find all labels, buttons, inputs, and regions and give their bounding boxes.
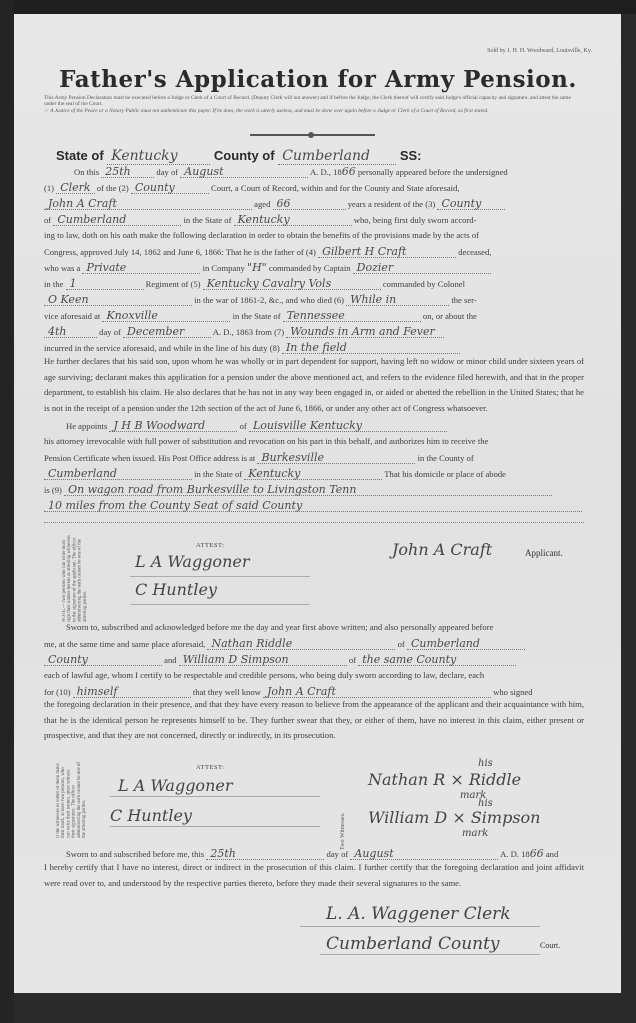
abode-field-1: On wagon road from Burkesville to Living…	[64, 484, 552, 496]
decl-line-19: 10 miles from the County Seat of said Co…	[44, 500, 584, 512]
regiment-field: Kentucky Cavalry Vols	[203, 278, 381, 290]
decl-line-2: (1) Clerk of the (2) County Court, a Cou…	[44, 182, 584, 194]
attest-note-1: NOTE.—Two persons who can write must sig…	[62, 534, 117, 622]
scan-border-left	[0, 0, 14, 1023]
attest-label-2: ATTEST:	[196, 764, 224, 771]
residence-type-field: County	[437, 198, 505, 210]
decl-line-11: 4th day of December A. D., 1863 from (7)…	[44, 326, 584, 338]
state-field: Kentucky	[107, 148, 210, 165]
attest-2-witness-2: C Huntley	[110, 806, 192, 825]
sig-line	[130, 576, 310, 577]
cause-field: Wounds in Arm and Fever	[286, 326, 444, 338]
court-name-signature: Cumberland County	[326, 934, 500, 954]
decl-line-17: Cumberland in the State of Kentucky That…	[44, 468, 584, 480]
sig-line	[130, 604, 310, 605]
jurat-line-1: Sworn to and subscribed before me, this …	[44, 848, 584, 860]
decl-line-8: in the 1 Regiment of (5) Kentucky Cavalr…	[44, 278, 584, 290]
decl-line-12: incurred in the service aforesaid, and w…	[44, 342, 584, 354]
applicant-label: Applicant.	[525, 548, 563, 558]
jurat-day-field: 25th	[206, 848, 324, 860]
instructions: This Army Pension Declaration must be ex…	[44, 95, 580, 114]
residence-county-field: Cumberland	[53, 214, 181, 226]
po-county-field: Cumberland	[44, 468, 192, 480]
post-office-field: Burkesville	[257, 452, 415, 464]
day-field: 25th	[101, 166, 154, 178]
death-place-field: Knoxville	[102, 310, 230, 322]
clerk-signature: L. A. Waggener Clerk	[326, 904, 511, 924]
state-label: State of	[56, 148, 104, 163]
year-field: 66	[342, 165, 356, 178]
captain-field: Dozier	[353, 262, 491, 274]
witness-b-place-field: the same County	[358, 654, 516, 666]
witness-a-place-field: Cumberland	[407, 638, 525, 650]
death-state-field: Tennessee	[283, 310, 421, 322]
jurat-paragraph: I hereby certify that I have no interest…	[44, 860, 584, 891]
decl-line-14: He appoints J H B Woodward of Louisville…	[44, 420, 584, 432]
witness-a-field: Nathan Riddle	[207, 638, 395, 650]
attest-1-witness-2: C Huntley	[135, 580, 217, 599]
abode-field-2: 10 miles from the County Seat of said Co…	[44, 500, 582, 512]
decl-line-7: who was a Private in Company "H" command…	[44, 262, 584, 274]
sig-line	[110, 826, 320, 827]
jurat-month-field: August	[350, 848, 498, 860]
sig-line	[300, 926, 540, 927]
aff-line-4: each of lawful age, whom I certify to be…	[44, 670, 584, 681]
attest-label-1: ATTEST:	[196, 542, 224, 549]
decl-paragraph: He further declares that his said son, u…	[44, 354, 584, 416]
attest-1-witness-1: L A Waggoner	[135, 552, 249, 571]
county-label: County of	[214, 148, 275, 163]
decl-line-6: Congress, approved July 14, 1862 and Jun…	[44, 246, 584, 258]
seller-note: Sold by J. H. H. Woodward, Louisville, K…	[487, 48, 592, 54]
two-witnesses-label: Two Witnesses.	[340, 780, 346, 850]
court-field: County	[131, 182, 209, 194]
son-name-field: Gilbert H Craft	[318, 246, 456, 258]
county-field: Cumberland	[278, 148, 396, 165]
aff-line-2: me, at the same time and same place afor…	[44, 638, 584, 650]
age-field: 66	[273, 198, 346, 210]
mark-label-2: mark	[462, 828, 488, 839]
attest-note-2: If the witnesses or either of them make …	[56, 760, 104, 838]
decl-line-18: is (9) On wagon road from Burkesville to…	[44, 484, 584, 496]
blank-line	[44, 516, 584, 523]
applicant-signature: John A Craft	[392, 540, 492, 559]
regiment-number-field: 1	[66, 278, 144, 290]
sig-line	[320, 954, 540, 955]
scan-border-top	[0, 0, 636, 14]
where-field: In the field	[282, 342, 460, 354]
residence-state-field: Kentucky	[234, 214, 352, 226]
colonel-field: O Keen	[44, 294, 192, 306]
witness-b-field: William D Simpson	[179, 654, 347, 666]
decl-line-15: his attorney irrevocable with full power…	[44, 436, 584, 447]
death-status-field: While in	[346, 294, 449, 306]
witness-mark-1: Nathan R × Riddle	[368, 770, 521, 789]
month-field: August	[180, 166, 308, 178]
applicant-field: John A Craft	[44, 198, 252, 210]
rank-field: Private	[82, 262, 200, 274]
ss-label: SS:	[400, 148, 422, 163]
death-day-field: 4th	[44, 326, 97, 338]
decl-line-4: of Cumberland in the State of Kentucky w…	[44, 214, 584, 226]
po-state-field: Kentucky	[244, 468, 382, 480]
decl-line-3: John A Craft aged 66 years a resident of…	[44, 198, 584, 210]
jurat-year-field: 66	[530, 847, 544, 860]
court-label: Court.	[540, 941, 560, 950]
attest-2-witness-1: L A Waggoner	[118, 776, 232, 795]
his-label-1: his	[478, 758, 493, 769]
officer-field: Clerk	[56, 182, 94, 194]
death-month-field: December	[123, 326, 211, 338]
attorney-field: J H B Woodward	[109, 420, 237, 432]
witness-mark-2: William D × Simpson	[368, 808, 540, 827]
ornament-divider	[250, 134, 375, 136]
company-field: "H"	[247, 261, 267, 274]
decl-line-16: Pension Certificate when issued. His Pos…	[44, 452, 584, 464]
witness-a-place2-field: County	[44, 654, 162, 666]
attorney-place-field: Louisville Kentucky	[249, 420, 447, 432]
decl-line-10: vice aforesaid at Knoxville in the State…	[44, 310, 584, 322]
aff-paragraph: the foregoing declaration in their prese…	[44, 697, 584, 744]
decl-line-1: On this 25th day of August A. D., 1866 p…	[44, 166, 584, 178]
venue-line: State of Kentucky County of Cumberland S…	[56, 148, 422, 165]
instruction-2: ☞ A Justice of the Peace or a Notary Pub…	[44, 108, 580, 114]
aff-line-3: County and William D Simpson of the same…	[44, 654, 584, 666]
decl-line-9: O Keen in the war of 1861-2, &c., and wh…	[44, 294, 584, 306]
decl-line-5: ing to law, doth on his oath make the fo…	[44, 230, 584, 241]
aff-line-1: Sworn to, subscribed and acknowledged be…	[44, 622, 584, 633]
instruction-1: This Army Pension Declaration must be ex…	[44, 95, 580, 108]
sig-line	[110, 796, 320, 797]
form-title: Father's Application for Army Pension.	[0, 66, 636, 93]
